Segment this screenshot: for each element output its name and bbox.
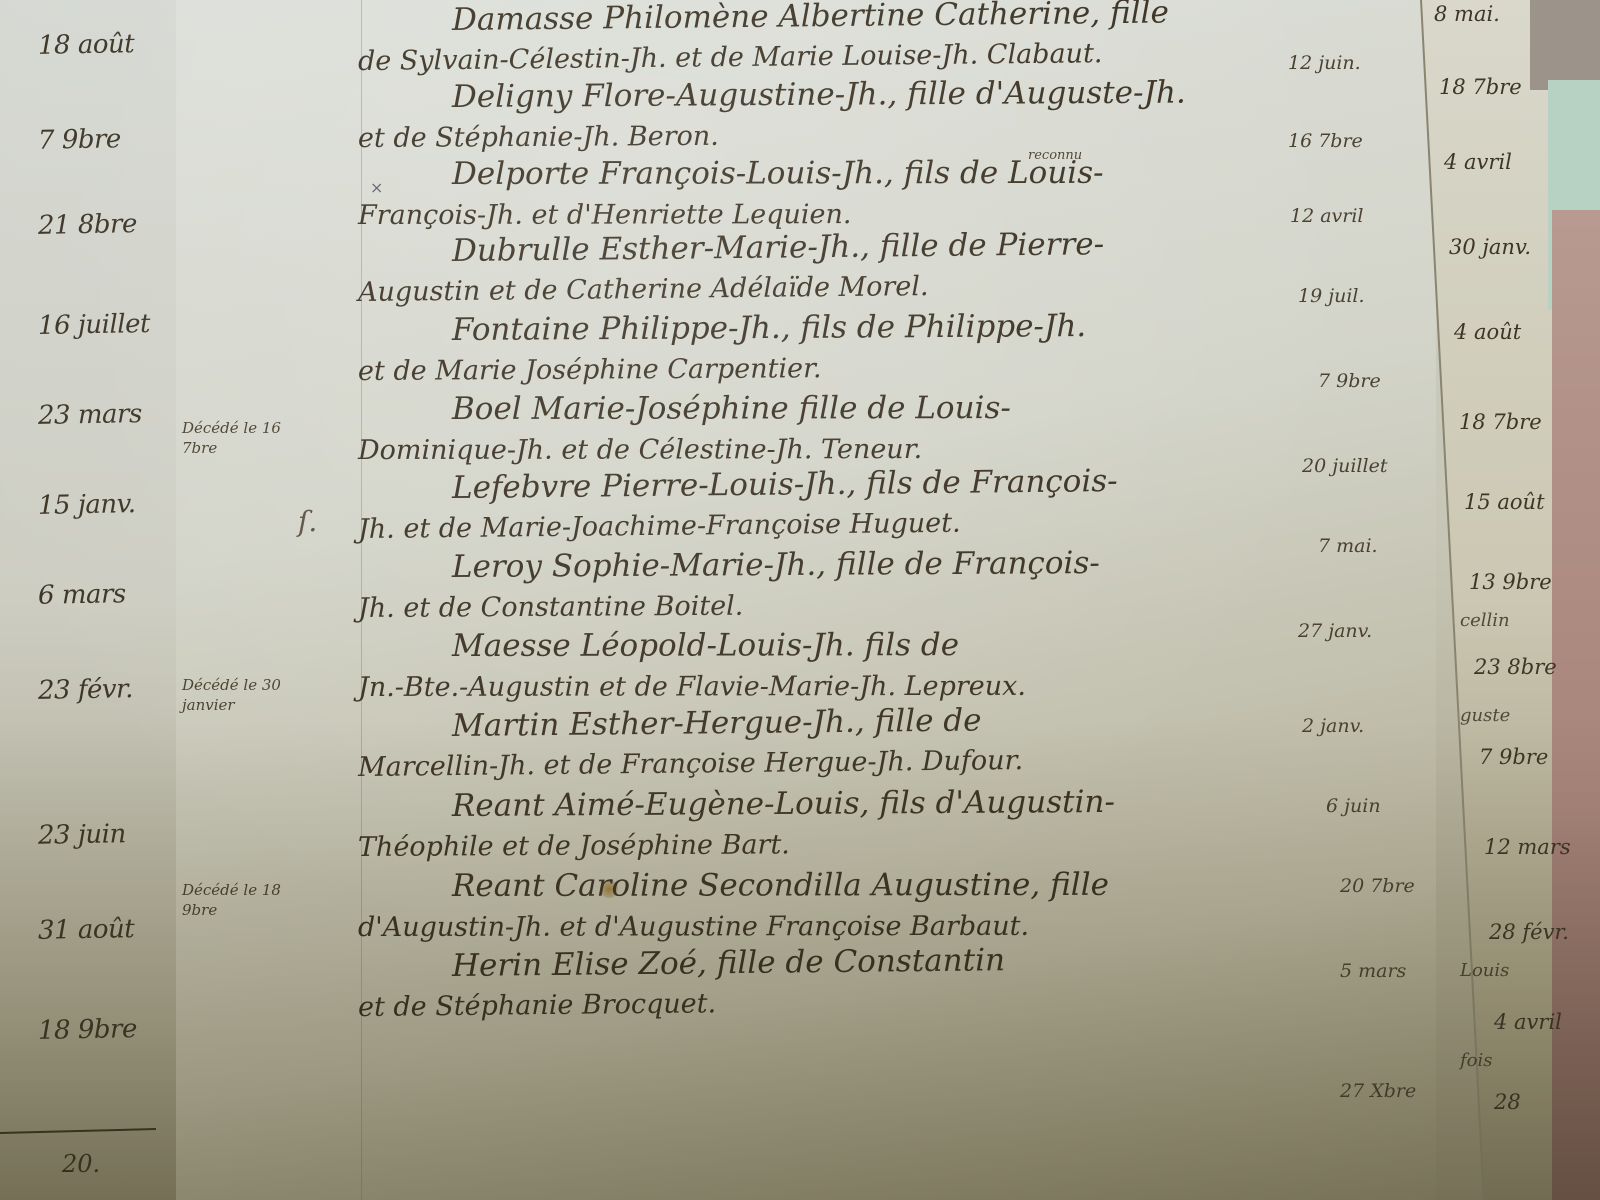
under-page-date: 15 août — [1464, 490, 1545, 514]
left-date: 16 juillet — [38, 309, 150, 341]
entry-parents-line: Théophile et de Joséphine Bart. — [358, 829, 790, 863]
right-date: 6 juin — [1326, 795, 1381, 817]
under-page-date: 4 avril — [1494, 1010, 1562, 1034]
under-page-fragment: cellin — [1460, 610, 1510, 631]
left-date: 15 janv. — [38, 489, 136, 521]
left-date: 23 mars — [38, 399, 142, 431]
entry-name-line: Martin Esther-Hergue-Jh., fille de — [452, 702, 982, 744]
entry-parents-line: de Sylvain-Célestin-Jh. et de Marie Loui… — [358, 38, 1103, 77]
entry-name-line: Herin Elise Zoé, fille de Constantin — [452, 942, 1005, 984]
left-date: 18 août — [38, 29, 135, 61]
left-margin-dates: 18 août7 9bre21 8bre16 juillet23 mars15 … — [0, 0, 176, 1200]
right-date: 12 avril — [1290, 205, 1364, 227]
right-date: 20 juillet — [1302, 455, 1387, 477]
under-page-date: 28 — [1494, 1090, 1521, 1114]
right-date: 16 7bre — [1288, 130, 1363, 152]
entry-name-line: Damasse Philomène Albertine Catherine, f… — [452, 0, 1169, 38]
left-page-total: 20. — [62, 1150, 100, 1178]
left-date: 6 mars — [38, 579, 126, 611]
left-date: 7 9bre — [38, 124, 121, 155]
entry-parents-line: Jh. et de Constantine Boitel. — [358, 591, 744, 624]
entry-parents-line: Dominique-Jh. et de Célestine-Jh. Teneur… — [358, 434, 922, 466]
right-date: 27 janv. — [1298, 620, 1372, 642]
entry-name-line: Maesse Léopold-Louis-Jh. fils de — [452, 627, 959, 664]
under-page-date: 12 mars — [1484, 835, 1571, 859]
underlying-page-dates: 8 mai.18 7bre4 avril30 janv.4 août18 7br… — [1420, 0, 1600, 1200]
left-date: 23 févr. — [38, 674, 133, 706]
under-page-fragment: guste — [1460, 705, 1510, 726]
entry-name-line: Lefebvre Pierre-Louis-Jh., fils de Franç… — [452, 463, 1118, 506]
entry-name-line: Deligny Flore-Augustine-Jh., fille d'Aug… — [452, 75, 1186, 115]
under-page-date: 23 8bre — [1474, 655, 1557, 679]
entry-parents-line: Marcellin-Jh. et de Françoise Hergue-Jh.… — [358, 745, 1023, 783]
under-page-date: 4 août — [1454, 320, 1521, 344]
right-date: 7 9bre — [1318, 370, 1381, 392]
under-page-date: 18 7bre — [1459, 410, 1542, 434]
entry-name-line: Reant Caroline Secondilla Augustine, fil… — [452, 867, 1109, 904]
under-page-date: 28 févr. — [1489, 920, 1569, 944]
entry-parents-line: Jh. et de Marie-Joachime-Françoise Hugue… — [358, 508, 961, 545]
entry-parents-line: et de Stéphanie Brocquet. — [358, 988, 716, 1023]
right-date: 20 7bre — [1340, 875, 1415, 897]
left-date: 21 8bre — [38, 209, 137, 241]
entry-name-line: Leroy Sophie-Marie-Jh., fille de Françoi… — [452, 545, 1100, 585]
entry-parents-line: Augustin et de Catherine Adélaïde Morel. — [358, 271, 929, 308]
right-date: 19 juil. — [1298, 285, 1365, 307]
under-page-date: 13 9bre — [1469, 570, 1552, 594]
right-date: 5 mars — [1340, 960, 1406, 982]
entry-name-line: Boel Marie-Joséphine fille de Louis- — [452, 390, 1011, 427]
right-date: 27 Xbre — [1340, 1080, 1416, 1102]
under-page-date: 8 mai. — [1434, 2, 1500, 26]
left-date: 23 juin — [38, 819, 126, 851]
entry-name-line: Reant Aimé-Eugène-Louis, fils d'Augustin… — [452, 784, 1115, 824]
entry-parents-line: d'Augustin-Jh. et d'Augustine Françoise … — [358, 911, 1029, 943]
right-date: 12 juin. — [1288, 52, 1361, 74]
under-page-fragment: fois — [1460, 1050, 1493, 1071]
entry-superscript: reconnu — [1028, 148, 1082, 163]
entry-parents-line: François-Jh. et d'Henriette Lequien. — [358, 199, 852, 231]
birth-register-entries: Damasse Philomène Albertine Catherine, f… — [176, 0, 1286, 1200]
register-photograph: 18 août7 9bre21 8bre16 juillet23 mars15 … — [0, 0, 1600, 1200]
under-page-fragment: Louis — [1460, 960, 1509, 981]
entry-name-line: Delporte François-Louis-Jh., fils de Lou… — [452, 155, 1104, 192]
under-page-date: 18 7bre — [1439, 75, 1522, 99]
entry-parents-line: et de Marie Joséphine Carpentier. — [358, 353, 822, 387]
entry-name-line: Fontaine Philippe-Jh., fils de Philippe-… — [452, 308, 1086, 348]
entry-name-line: Dubrulle Esther-Marie-Jh., fille de Pier… — [452, 226, 1104, 269]
under-page-date: 7 9bre — [1479, 745, 1548, 769]
under-page-date: 30 janv. — [1449, 235, 1531, 259]
left-date: 31 août — [38, 914, 135, 946]
under-page-date: 4 avril — [1444, 150, 1512, 174]
right-date: 2 janv. — [1302, 715, 1364, 737]
entry-parents-line: Jn.-Bte.-Augustin et de Flavie-Marie-Jh.… — [358, 671, 1026, 703]
right-date: 7 mai. — [1318, 535, 1378, 557]
left-date: 18 9bre — [38, 1014, 137, 1046]
entry-parents-line: et de Stéphanie-Jh. Beron. — [358, 121, 719, 154]
